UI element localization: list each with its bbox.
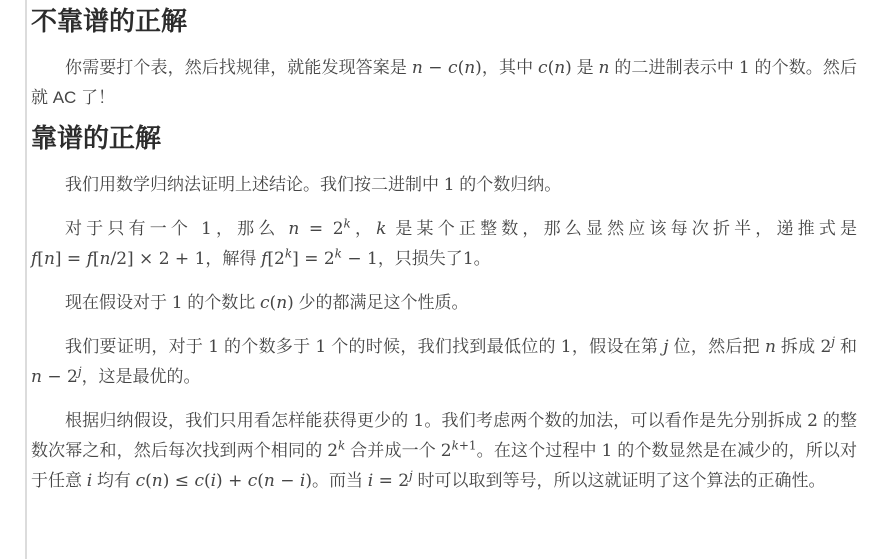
math-inline: 2k: [327, 441, 345, 461]
math-inline: n = 2k: [288, 219, 350, 239]
math-inline: 1: [208, 337, 219, 357]
math-inline: i = 2j: [368, 471, 413, 491]
math-variable: i: [87, 471, 92, 491]
math-variable: i: [300, 471, 305, 491]
math-variable: n: [31, 367, 42, 387]
math-inline: 1: [172, 293, 183, 313]
math-inline: c(n): [538, 58, 572, 78]
math-superscript: k: [344, 216, 351, 230]
math-inline: n − 2j: [31, 367, 82, 387]
math-inline: 1: [739, 58, 750, 78]
math-variable: k: [338, 438, 345, 452]
math-inline: c(n): [260, 293, 294, 313]
math-inline: i: [87, 471, 92, 491]
math-variable: k: [376, 219, 386, 239]
paragraph-induction-intro: 我们用数学归纳法证明上述结论。我们按二进制中 1 的个数归纳。: [31, 170, 857, 200]
math-variable: j: [663, 337, 668, 357]
math-variable: n: [152, 471, 163, 491]
math-variable: n: [44, 249, 55, 269]
math-variable: c: [194, 471, 204, 491]
math-superscript: k+1: [452, 438, 477, 452]
math-variable: f: [31, 249, 37, 269]
math-variable: n: [412, 58, 423, 78]
paragraph-induction-hypothesis: 现在假设对于 1 的个数比 c(n) 少的都满足这个性质。: [31, 288, 857, 318]
math-inline: n − c(n): [412, 58, 482, 78]
math-variable: j: [78, 364, 82, 378]
math-inline: 2k+1: [441, 441, 477, 461]
math-variable: n: [554, 58, 565, 78]
math-inline: 1: [201, 219, 212, 239]
math-superscript: j: [78, 364, 82, 378]
math-inline: n: [765, 337, 776, 357]
math-variable: f: [261, 249, 267, 269]
math-inline: k: [376, 219, 386, 239]
math-inline: 1: [444, 175, 455, 195]
math-inline: 1: [413, 411, 424, 431]
math-inline: 1: [463, 249, 474, 269]
math-variable: c: [538, 58, 548, 78]
math-inline: c(n) ≤ c(i) + c(n − i): [136, 471, 312, 491]
math-variable: n: [288, 219, 299, 239]
math-inline: n: [599, 58, 610, 78]
math-variable: c: [448, 58, 458, 78]
math-variable: n: [264, 471, 275, 491]
math-superscript: k: [285, 246, 292, 260]
paragraph-table-pattern: 你需要打个表，然后找规律，就能发现答案是 n − c(n)，其中 c(n) 是 …: [31, 53, 857, 113]
math-variable: j: [831, 334, 835, 348]
math-superscript: k: [338, 438, 345, 452]
math-inline: 1: [561, 337, 572, 357]
math-variable: c: [248, 471, 258, 491]
math-variable: k: [452, 438, 459, 452]
math-variable: n: [765, 337, 776, 357]
paragraph-merge-argument: 根据归纳假设，我们只用看怎样能获得更少的 1。我们考虑两个数的加法，可以看作是先…: [31, 406, 857, 496]
math-variable: k: [335, 246, 342, 260]
math-variable: k: [285, 246, 292, 260]
math-inline: 2: [807, 411, 818, 431]
math-variable: n: [276, 293, 287, 313]
math-inline: 1: [602, 441, 613, 461]
math-variable: i: [368, 471, 373, 491]
math-variable: n: [464, 58, 475, 78]
content-left-border-line: [25, 0, 27, 559]
math-inline: j: [663, 337, 668, 357]
math-superscript: j: [409, 468, 413, 482]
paragraph-split-lowest-bit: 我们要证明，对于 1 的个数多于 1 个的时候，我们找到最低位的 1，假设在第 …: [31, 332, 857, 392]
math-variable: n: [599, 58, 610, 78]
math-variable: f: [87, 249, 93, 269]
article-content: 不靠谱的正解 你需要打个表，然后找规律，就能发现答案是 n − c(n)，其中 …: [31, 0, 857, 506]
paragraph-base-case: 对于只有一个 1，那么 n = 2k，k 是某个正整数，那么显然应该每次折半，递…: [31, 214, 857, 274]
math-variable: k: [344, 216, 351, 230]
math-inline: f[2k] = 2k − 1: [261, 249, 378, 269]
math-superscript: j: [831, 334, 835, 348]
math-inline: 2j: [820, 337, 835, 357]
heading-reliable-solution: 靠谱的正解: [31, 123, 857, 154]
math-variable: i: [211, 471, 216, 491]
math-variable: n: [100, 249, 111, 269]
heading-unreliable-solution: 不靠谱的正解: [31, 6, 857, 37]
math-superscript: k: [335, 246, 342, 260]
math-inline: 1: [315, 337, 326, 357]
math-variable: c: [260, 293, 270, 313]
math-variable: j: [409, 468, 413, 482]
math-variable: c: [136, 471, 146, 491]
math-inline: f[n] = f[n/2] × 2 + 1: [31, 249, 205, 269]
